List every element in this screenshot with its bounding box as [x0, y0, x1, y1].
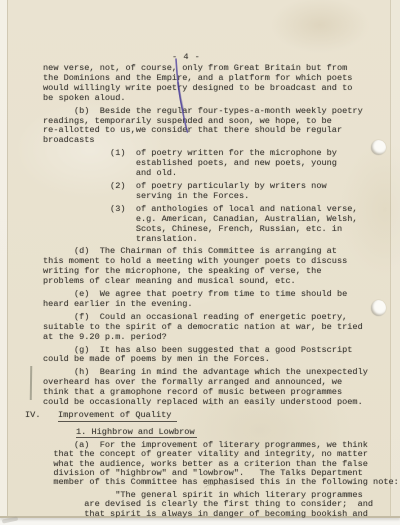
- subsection-title-underlined: 1. Highbrow and Lowbrow: [76, 427, 197, 439]
- para-a: (a) For the improvement of literary prog…: [43, 441, 400, 488]
- pencil-caret-mark: [211, 403, 219, 410]
- punch-hole-top: [371, 140, 386, 155]
- para-intro: new verse, not, of course, only from Gre…: [43, 64, 400, 104]
- list-item-1: (1) of poetry written for the microphone…: [43, 149, 400, 179]
- section-heading: IV.Improvement of Quality: [43, 411, 400, 421]
- para-f: (f) Could an occasional reading of energ…: [43, 313, 400, 343]
- typed-content: new verse, not, of course, only from Gre…: [0, 64, 400, 522]
- para-h: (h) Bearing in mind the advantage which …: [43, 368, 400, 408]
- scanned-document-screenshot: { "page": { "number": "- 4 -", "blocks":…: [0, 0, 400, 525]
- para-g: (g) It has also been suggested that a go…: [43, 346, 400, 366]
- section-number-label: IV.: [25, 411, 40, 421]
- punch-hole-bottom: [371, 300, 386, 316]
- para-b: (b) Beside the regular four-types-a-mont…: [43, 107, 400, 147]
- blue-ink-mark: [170, 55, 196, 137]
- para-e: (e) We agree that poetry from time to ti…: [43, 290, 400, 310]
- list-item-3: (3) of anthologies of local and national…: [43, 205, 400, 245]
- list-item-2: (2) of poetry particularly by writers no…: [43, 182, 400, 202]
- subsection-heading: 1. Highbrow and Lowbrow: [43, 428, 400, 438]
- quote: "The general spirit in which literary pr…: [43, 491, 400, 519]
- paper-sheet: - 4 - new verse, not, of course, only fr…: [0, 0, 400, 518]
- para-d: (d) The Chairman of this Committee is ar…: [43, 247, 400, 287]
- section-title-underlined: Improvement of Quality: [58, 410, 177, 422]
